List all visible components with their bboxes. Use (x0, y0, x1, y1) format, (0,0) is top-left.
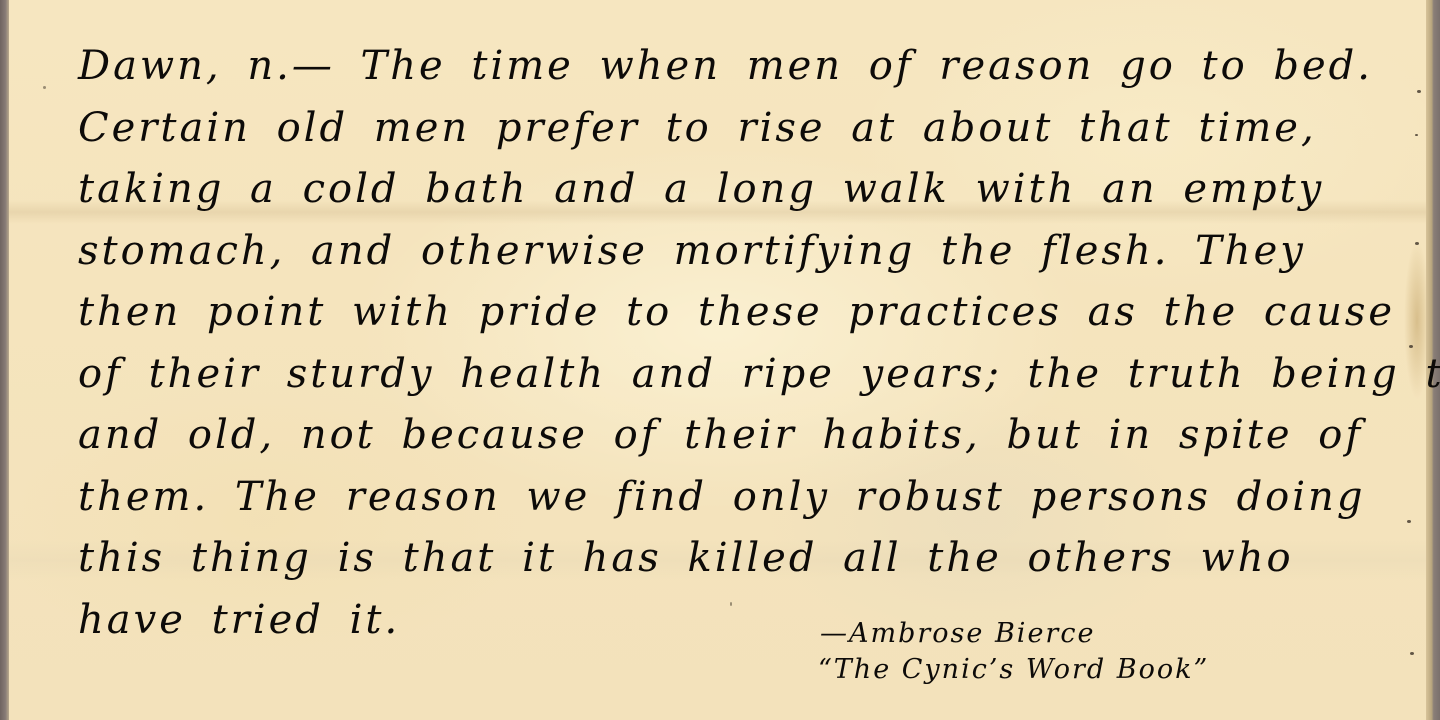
text-line-1: Dawn, n.— The time when men of reason go… (78, 36, 1440, 98)
ink-speck (43, 86, 46, 89)
text-line-5: then point with pride to these practices… (78, 282, 1440, 344)
text-line-7: and old, not because of their habits, bu… (78, 405, 1440, 467)
left-binding-edge (0, 0, 9, 720)
handwritten-body: Dawn, n.— The time when men of reason go… (78, 36, 1440, 651)
text-line-3: taking a cold bath and a long walk with … (78, 159, 1440, 221)
author-name: —Ambrose Bierce (820, 616, 1209, 652)
text-line-9: this thing is that it has killed all the… (78, 528, 1440, 590)
ink-speck (1410, 652, 1414, 655)
attribution: —Ambrose Bierce “The Cynic’s Word Book” (810, 616, 1209, 688)
book-title: “The Cynic’s Word Book” (818, 652, 1209, 688)
text-line-2: Certain old men prefer to rise at about … (78, 98, 1440, 160)
text-line-8: them. The reason we find only robust per… (78, 467, 1440, 529)
paper-page: Dawn, n.— The time when men of reason go… (0, 0, 1440, 720)
text-line-10: have tried it. (78, 590, 1440, 652)
text-line-4: stomach, and otherwise mortifying the fl… (78, 221, 1440, 283)
text-line-6: of their sturdy health and ripe years; t… (78, 344, 1440, 406)
